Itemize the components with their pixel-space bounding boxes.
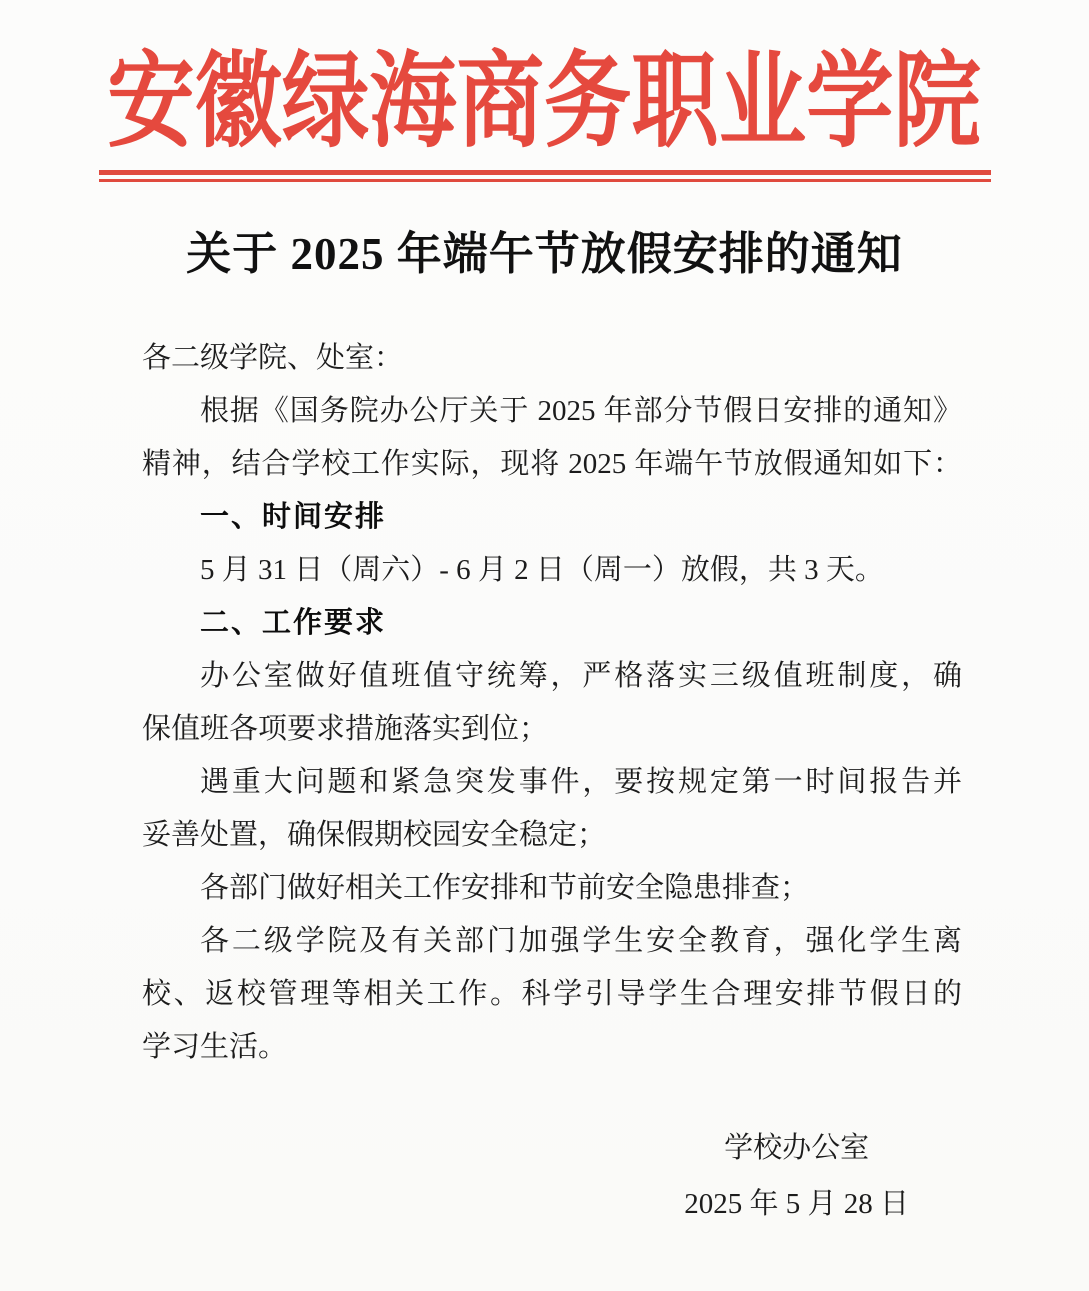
salutation: 各二级学院、处室：	[142, 332, 962, 385]
signature-block: 学校办公室 2025 年 5 月 28 日	[684, 1120, 909, 1232]
section-1-heading: 一、时间安排	[142, 491, 962, 544]
student-safety-paragraph-line-2: 校、返校管理等相关工作。科学引导学生合理安排节假日的	[142, 968, 962, 1021]
school-name: 安徽绿海商务职业学院	[108, 50, 982, 156]
student-safety-paragraph-line-1: 各二级学院及有关部门加强学生安全教育，强化学生离	[142, 915, 962, 968]
signature-date: 2025 年 5 月 28 日	[684, 1176, 909, 1232]
letterhead: 安徽绿海商务职业学院	[0, 50, 1089, 182]
duty-paragraph-line-1: 办公室做好值班值守统筹，严格落实三级值班制度，确	[142, 650, 962, 703]
letterhead-divider	[99, 170, 991, 182]
notice-body: 各二级学院、处室： 根据《国务院办公厅关于 2025 年部分节假日安排的通知》 …	[142, 332, 962, 1074]
holiday-dates-line: 5 月 31 日（周六）- 6 月 2 日（周一）放假，共 3 天。	[142, 544, 962, 597]
signature-org: 学校办公室	[684, 1120, 909, 1176]
intro-line-1: 根据《国务院办公厅关于 2025 年部分节假日安排的通知》	[142, 385, 962, 438]
intro-line-2: 精神，结合学校工作实际，现将 2025 年端午节放假通知如下：	[142, 438, 962, 491]
inspection-paragraph-line: 各部门做好相关工作安排和节前安全隐患排查；	[142, 862, 962, 915]
notice-page: 安徽绿海商务职业学院 关于 2025 年端午节放假安排的通知 各二级学院、处室：…	[0, 0, 1089, 1291]
duty-paragraph-line-2: 保值班各项要求措施落实到位；	[142, 703, 962, 756]
notice-title: 关于 2025 年端午节放假安排的通知	[0, 226, 1089, 282]
emergency-paragraph-line-2: 妥善处置，确保假期校园安全稳定；	[142, 809, 962, 862]
emergency-paragraph-line-1: 遇重大问题和紧急突发事件，要按规定第一时间报告并	[142, 756, 962, 809]
student-safety-paragraph-line-3: 学习生活。	[142, 1021, 962, 1074]
section-2-heading: 二、工作要求	[142, 597, 962, 650]
divider-thin-line	[99, 179, 991, 182]
